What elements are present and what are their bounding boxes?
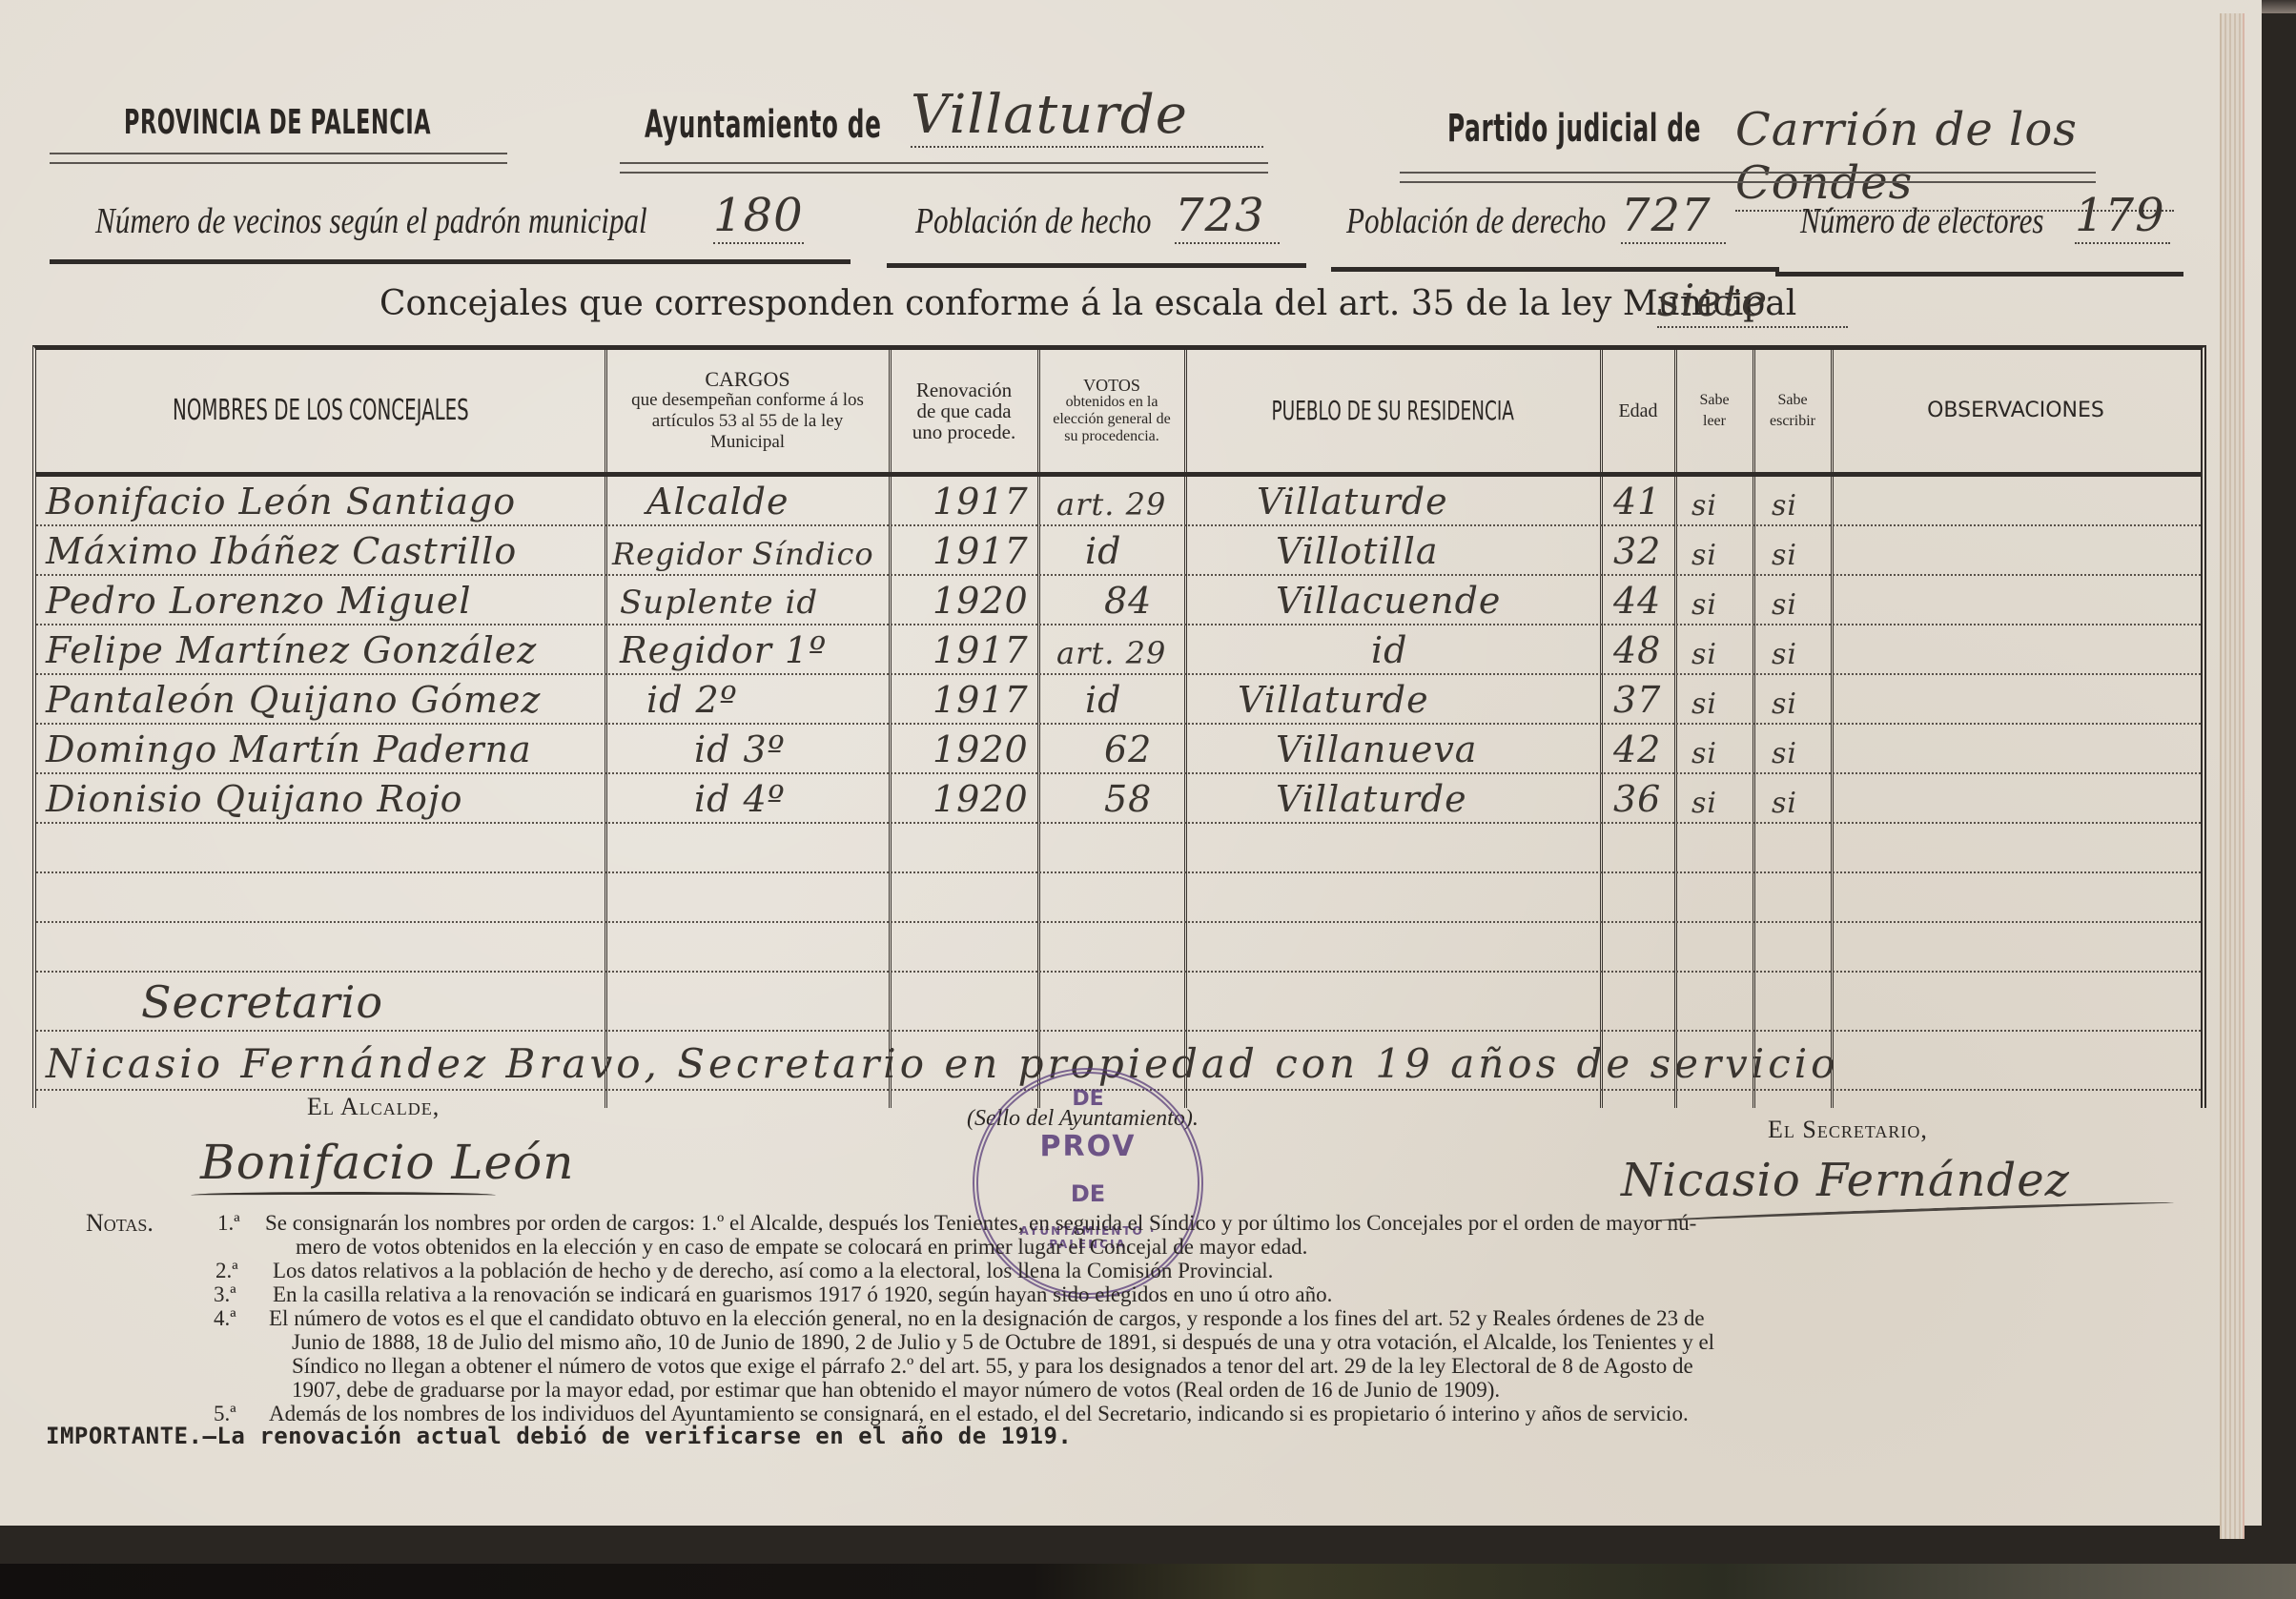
cell-cargo: Regidor Síndico [612, 536, 874, 572]
secretario-heading: Secretario [141, 976, 383, 1028]
stamp-top-text: DE [978, 1087, 1198, 1111]
cell-renovacion: 1917 [933, 679, 1029, 721]
cell-votos: 62 [1104, 728, 1152, 770]
cell-renovacion: 1920 [933, 580, 1029, 622]
note-3-number: 3.ª [214, 1282, 236, 1306]
cell-edad: 42 [1613, 728, 1661, 770]
partido-rule [1400, 172, 2096, 183]
cell-escribir: si [1772, 737, 1797, 770]
table-row: Bonifacio León Santiago Alcalde 1917 art… [36, 477, 2201, 526]
cell-votos: 84 [1104, 580, 1152, 622]
cell-leer: si [1691, 687, 1717, 721]
header-nombres: NOMBRES DE LOS CONCEJALES [36, 350, 605, 472]
cell-leer: si [1691, 638, 1717, 671]
cell-pueblo: Villaturde [1276, 778, 1467, 820]
cell-escribir: si [1772, 539, 1797, 572]
header-observaciones: OBSERVACIONES [1835, 350, 2197, 472]
vecinos-rule [50, 259, 851, 264]
vecinos-value: 180 [713, 189, 804, 244]
note-4-cont3: 1907, debe de graduarse por la mayor eda… [292, 1378, 1500, 1402]
province-rule [50, 153, 507, 164]
cell-nombre: Domingo Martín Paderna [46, 728, 532, 770]
hecho-rule [887, 263, 1306, 268]
cell-leer: si [1691, 588, 1717, 622]
document-page: PROVINCIA DE PALENCIA Ayuntamiento de Vi… [0, 0, 2262, 1526]
secretario-label: El Secretario, [1768, 1116, 1928, 1144]
cell-escribir: si [1772, 687, 1797, 721]
alcalde-flourish [191, 1192, 496, 1199]
header-renovacion: Renovación de que cada uno procede. [892, 350, 1035, 472]
cell-cargo: Suplente id [620, 584, 818, 622]
header-sabe-escribir: Sabe escribir [1756, 350, 1829, 472]
alcalde-label: El Alcalde, [307, 1093, 440, 1121]
note-1-text: Se consignarán los nombres por orden de … [265, 1211, 2182, 1235]
cell-edad: 48 [1613, 629, 1661, 671]
stamp-lower-text: DE [978, 1180, 1198, 1207]
header-edad: Edad [1604, 350, 1672, 472]
secretario-line: Nicasio Fernández Bravo, Secretario en p… [46, 1040, 1838, 1087]
cell-nombre: Máximo Ibáñez Castrillo [46, 530, 517, 572]
ayuntamiento-label: Ayuntamiento de [645, 103, 882, 147]
header-votos-sub: obtenidos en la elección general de su p… [1041, 394, 1182, 445]
cell-cargo: Alcalde [646, 481, 789, 523]
cell-renovacion: 1917 [933, 530, 1029, 572]
table-row: Felipe Martínez González Regidor 1º 1917… [36, 625, 2201, 675]
poblacion-derecho-label: Población de derecho [1346, 200, 1606, 242]
cell-edad: 44 [1613, 580, 1661, 622]
table-row-empty [36, 824, 2201, 873]
header-pueblo: PUEBLO DE SU RESIDENCIA [1188, 350, 1598, 472]
note-4-cont2: Síndico no llegan a obtener el número de… [292, 1354, 1693, 1378]
note-2-number: 2.ª [215, 1259, 238, 1282]
table-row: Pantaleón Quijano Gómez id 2º 1917 id Vi… [36, 675, 2201, 725]
cell-escribir: si [1772, 588, 1797, 622]
cell-renovacion: 1917 [933, 481, 1029, 523]
table-row: Dionisio Quijano Rojo id 4º 1920 58 Vill… [36, 774, 2201, 824]
cell-renovacion: 1920 [933, 728, 1029, 770]
importante-note: IMPORTANTE.—La renovación actual debió d… [46, 1423, 1072, 1449]
note-4-text: El número de votos es el que el candidat… [269, 1306, 1705, 1330]
cell-cargo: id 4º [694, 778, 786, 820]
vecinos-label: Número de vecinos según el padrón munici… [95, 200, 647, 242]
cell-pueblo: Villaturde [1257, 481, 1448, 523]
table-row-empty [36, 923, 2201, 973]
cell-nombre: Dionisio Quijano Rojo [46, 778, 463, 820]
note-4-cont: Junio de 1888, 18 de Julio del mismo año… [292, 1330, 1714, 1354]
scan-bottom-background [0, 1564, 2296, 1599]
notes-label: Notas. [86, 1211, 154, 1235]
header-cargos-title: CARGOS [705, 369, 789, 390]
table-row: Máximo Ibáñez Castrillo Regidor Síndico … [36, 526, 2201, 576]
cell-edad: 36 [1613, 778, 1661, 820]
cell-edad: 32 [1613, 530, 1661, 572]
note-1-number: 1.ª [217, 1211, 240, 1235]
ayuntamiento-rule [620, 162, 1268, 174]
partido-judicial-label: Partido judicial de [1447, 107, 1701, 151]
header-votos: VOTOS obtenidos en la elección general d… [1041, 350, 1182, 472]
cell-cargo: id 3º [694, 728, 786, 770]
cell-escribir: si [1772, 638, 1797, 671]
header-cargos: CARGOS que desempeñan conforme á los art… [608, 350, 887, 472]
derecho-rule [1331, 267, 1779, 272]
cell-votos: id [1085, 530, 1121, 572]
cell-edad: 41 [1613, 481, 1661, 523]
poblacion-derecho-value: 727 [1621, 189, 1726, 244]
cell-pueblo: id [1371, 629, 1407, 671]
cell-pueblo: Villotilla [1276, 530, 1439, 572]
table-row: Domingo Martín Paderna id 3º 1920 62 Vil… [36, 725, 2201, 774]
poblacion-hecho-value: 723 [1175, 189, 1280, 244]
cell-leer: si [1691, 489, 1717, 523]
cell-cargo: id 2º [646, 679, 738, 721]
cell-nombre: Pedro Lorenzo Miguel [46, 580, 472, 622]
header-cargos-sub: que desempeñan conforme á los artículos … [608, 390, 887, 453]
header-nombres-text: NOMBRES DE LOS CONCEJALES [173, 400, 469, 421]
cell-pueblo: Villanueva [1276, 728, 1477, 770]
note-2-text: Los datos relativos a la población de he… [273, 1259, 1273, 1282]
concejales-table: NOMBRES DE LOS CONCEJALES CARGOS que des… [32, 345, 2206, 1108]
electores-value: 179 [2075, 189, 2170, 244]
cell-leer: si [1691, 787, 1717, 820]
secretario-signature: Nicasio Fernández [1621, 1154, 2070, 1207]
cell-votos: id [1085, 679, 1121, 721]
note-1-cont: mero de votos obtenidos en la elección y… [296, 1235, 1307, 1259]
cell-votos: art. 29 [1056, 635, 1166, 671]
cell-leer: si [1691, 737, 1717, 770]
cell-cargo: Regidor 1º [620, 629, 827, 671]
province-title: PROVINCIA DE PALENCIA [124, 103, 431, 142]
note-4-number: 4.ª [214, 1306, 236, 1330]
cell-nombre: Felipe Martínez González [46, 629, 537, 671]
header-votos-title: VOTOS [1083, 377, 1140, 394]
cell-escribir: si [1772, 787, 1797, 820]
concejales-count-label: Concejales que corresponden conforme á l… [379, 284, 1796, 323]
cell-pueblo: Villaturde [1238, 679, 1429, 721]
cell-escribir: si [1772, 489, 1797, 523]
table-row-empty [36, 873, 2201, 923]
ayuntamiento-value: Villaturde [911, 84, 1263, 148]
cell-votos: 58 [1104, 778, 1152, 820]
cell-votos: art. 29 [1056, 486, 1166, 523]
concejales-count-value: siete [1657, 275, 1848, 328]
header-sabe-leer: Sabe leer [1678, 350, 1751, 472]
stamp-middle-text: PROV [978, 1130, 1198, 1163]
cell-renovacion: 1917 [933, 629, 1029, 671]
alcalde-signature: Bonifacio León [200, 1135, 574, 1190]
cell-edad: 37 [1613, 679, 1661, 721]
cell-nombre: Bonifacio León Santiago [46, 481, 516, 523]
table-row: Pedro Lorenzo Miguel Suplente id 1920 84… [36, 576, 2201, 625]
cell-leer: si [1691, 539, 1717, 572]
book-page-edges [2220, 13, 2245, 1539]
note-3-text: En la casilla relativa a la renovación s… [273, 1282, 1332, 1306]
table-row-secretario-heading: Secretario [36, 973, 2201, 1032]
header-pueblo-text: PUEBLO DE SU RESIDENCIA [1272, 400, 1514, 421]
electores-label: Número de electores [1800, 200, 2044, 242]
cell-pueblo: Villacuende [1276, 580, 1501, 622]
poblacion-hecho-label: Población de hecho [915, 200, 1151, 242]
cell-renovacion: 1920 [933, 778, 1029, 820]
cell-nombre: Pantaleón Quijano Gómez [46, 679, 541, 721]
